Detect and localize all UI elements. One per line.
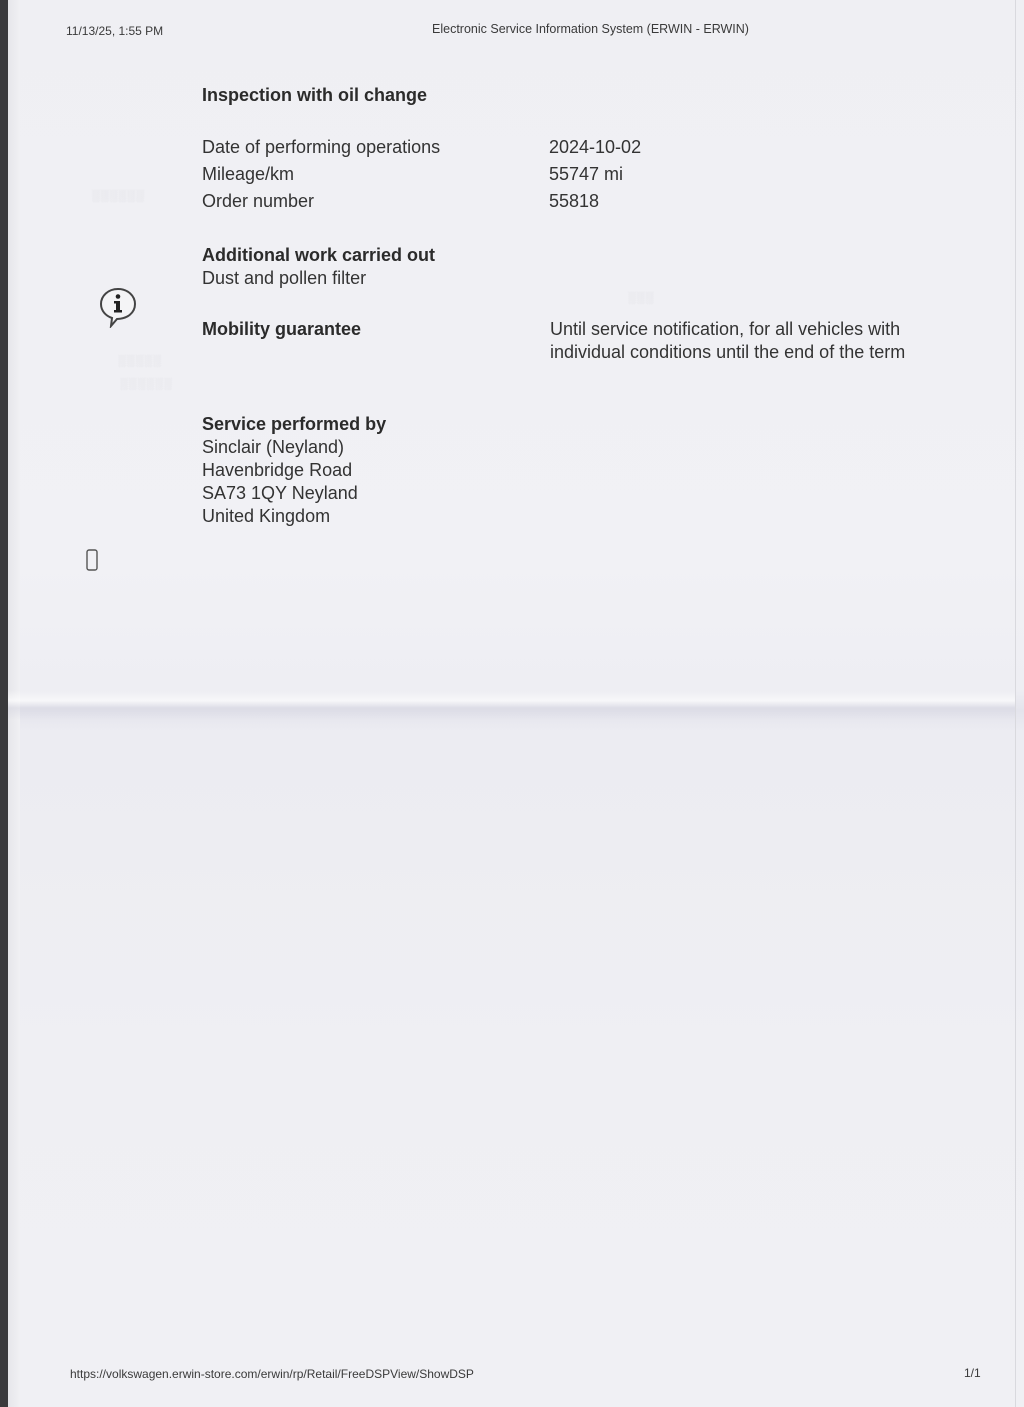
mobility-guarantee-text: Until service notification, for all vehi… bbox=[550, 318, 920, 364]
detail-row-date: Date of performing operations 2024-10-02 bbox=[202, 134, 942, 161]
print-footer-url: https://volkswagen.erwin-store.com/erwin… bbox=[70, 1367, 474, 1381]
mobility-guarantee-section: Mobility guarantee Until service notific… bbox=[202, 318, 942, 364]
scan-noise: ░░░░░░ bbox=[92, 190, 145, 202]
dealer-postcode-city: SA73 1QY Neyland bbox=[202, 482, 386, 505]
additional-work-item: Dust and pollen filter bbox=[202, 267, 435, 290]
printed-page: 11/13/25, 1:55 PM Electronic Service Inf… bbox=[8, 0, 1024, 1407]
detail-label: Order number bbox=[202, 190, 549, 213]
detail-label: Date of performing operations bbox=[202, 136, 549, 159]
print-page-number: 1/1 bbox=[964, 1366, 981, 1380]
detail-value: 55818 bbox=[549, 190, 599, 213]
detail-value: 55747 mi bbox=[549, 163, 623, 186]
service-performed-by-heading: Service performed by bbox=[202, 413, 386, 436]
rounded-rectangle-icon bbox=[86, 549, 98, 571]
scan-noise: ░░░ bbox=[628, 292, 654, 304]
detail-row-mileage: Mileage/km 55747 mi bbox=[202, 161, 942, 188]
detail-row-order-number: Order number 55818 bbox=[202, 188, 942, 215]
dealer-street: Havenbridge Road bbox=[202, 459, 386, 482]
additional-work-section: Additional work carried out Dust and pol… bbox=[202, 244, 435, 290]
info-icon bbox=[98, 286, 138, 328]
scan-noise: ░░░░░ bbox=[118, 355, 162, 367]
scan-noise: ░░░░░░ bbox=[120, 378, 173, 390]
service-details: Date of performing operations 2024-10-02… bbox=[202, 134, 942, 215]
paper-fold-line bbox=[8, 690, 1016, 720]
document-title: Inspection with oil change bbox=[202, 84, 427, 107]
mobility-guarantee-heading: Mobility guarantee bbox=[202, 318, 550, 364]
detail-value: 2024-10-02 bbox=[549, 136, 641, 159]
detail-label: Mileage/km bbox=[202, 163, 549, 186]
print-datetime: 11/13/25, 1:55 PM bbox=[66, 24, 163, 38]
dealer-name: Sinclair (Neyland) bbox=[202, 436, 386, 459]
additional-work-heading: Additional work carried out bbox=[202, 244, 435, 267]
service-performed-by-section: Service performed by Sinclair (Neyland) … bbox=[202, 413, 386, 528]
dealer-country: United Kingdom bbox=[202, 505, 386, 528]
print-header-title: Electronic Service Information System (E… bbox=[432, 22, 749, 36]
